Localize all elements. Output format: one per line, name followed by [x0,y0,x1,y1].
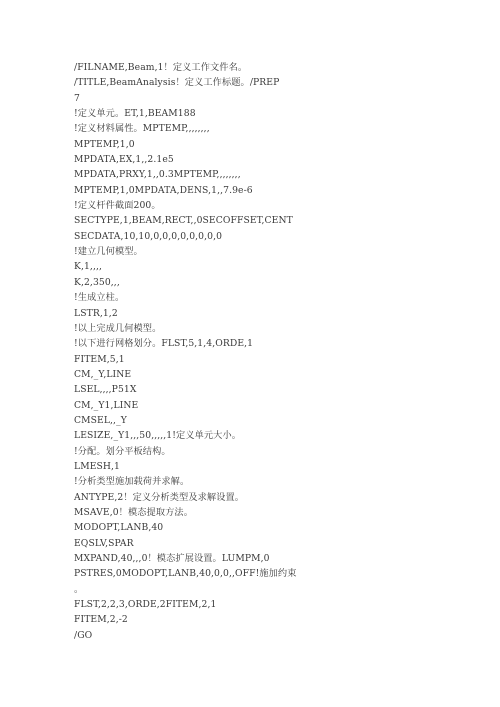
code-line: K,1,,,, [74,259,474,274]
code-line: MSAVE,0！模态提取方法。 [74,505,474,520]
code-line: !分配。划分平板结构。 [74,444,474,459]
code-line: SECTYPE,1,BEAM,RECT,,0SECOFFSET,CENT [74,213,474,228]
code-line: LMESH,1 [74,459,474,474]
code-line: /TITLE,BeamAnalysis！定义工作标题。/PREP [74,75,474,90]
code-line: !建立几何模型。 [74,244,474,259]
document-body: /FILNAME,Beam,1！定义工作文件名。 /TITLE,BeamAnal… [74,60,474,643]
code-line: /GO [74,628,474,643]
code-line: MPDATA,EX,1,,2.1e5 [74,152,474,167]
code-line: !分析类型施加载荷并求解。 [74,474,474,489]
code-line: LSEL,,,,P51X [74,382,474,397]
code-line: MXPAND,40,,,0！模态扩展设置。LUMPM,0 [74,551,474,566]
code-line: EQSLV,SPAR [74,536,474,551]
code-line: !定义材料属性。MPTEMP,,,,,,,, [74,121,474,136]
code-line: MODOPT,LANB,40 [74,520,474,535]
code-line: !定义杆件截面200。 [74,198,474,213]
code-line: CMSEL,,_Y [74,413,474,428]
code-line: LSTR,1,2 [74,306,474,321]
code-line: CM,_Y1,LINE [74,398,474,413]
code-line: FITEM,2,-2 [74,612,474,627]
code-line: K,2,350,,, [74,275,474,290]
code-line: !生成立柱。 [74,290,474,305]
code-line: !以下进行网格划分。FLST,5,1,4,ORDE,1 [74,336,474,351]
code-line: /FILNAME,Beam,1！定义工作文件名。 [74,60,474,75]
code-line: SECDATA,10,10,0,0,0,0,0,0,0,0 [74,229,474,244]
code-line: CM,_Y,LINE [74,367,474,382]
code-line: ANTYPE,2！定义分析类型及求解设置。 [74,490,474,505]
code-line: 。 [74,582,474,597]
code-line: FLST,2,2,3,ORDE,2FITEM,2,1 [74,597,474,612]
code-line: FITEM,5,1 [74,352,474,367]
code-line: !以上完成几何模型。 [74,321,474,336]
code-line: !定义单元。ET,1,BEAM188 [74,106,474,121]
code-line: PSTRES,0MODOPT,LANB,40,0,0,,OFF!施加约束 [74,566,474,581]
code-line: MPDATA,PRXY,1,,0.3MPTEMP,,,,,,,, [74,167,474,182]
code-line: MPTEMP,1,0MPDATA,DENS,1,,7.9e-6 [74,183,474,198]
code-line: LESIZE,_Y1,,,50,,,,,1!定义单元大小。 [74,428,474,443]
code-line: MPTEMP,1,0 [74,137,474,152]
code-line: 7 [74,91,474,106]
